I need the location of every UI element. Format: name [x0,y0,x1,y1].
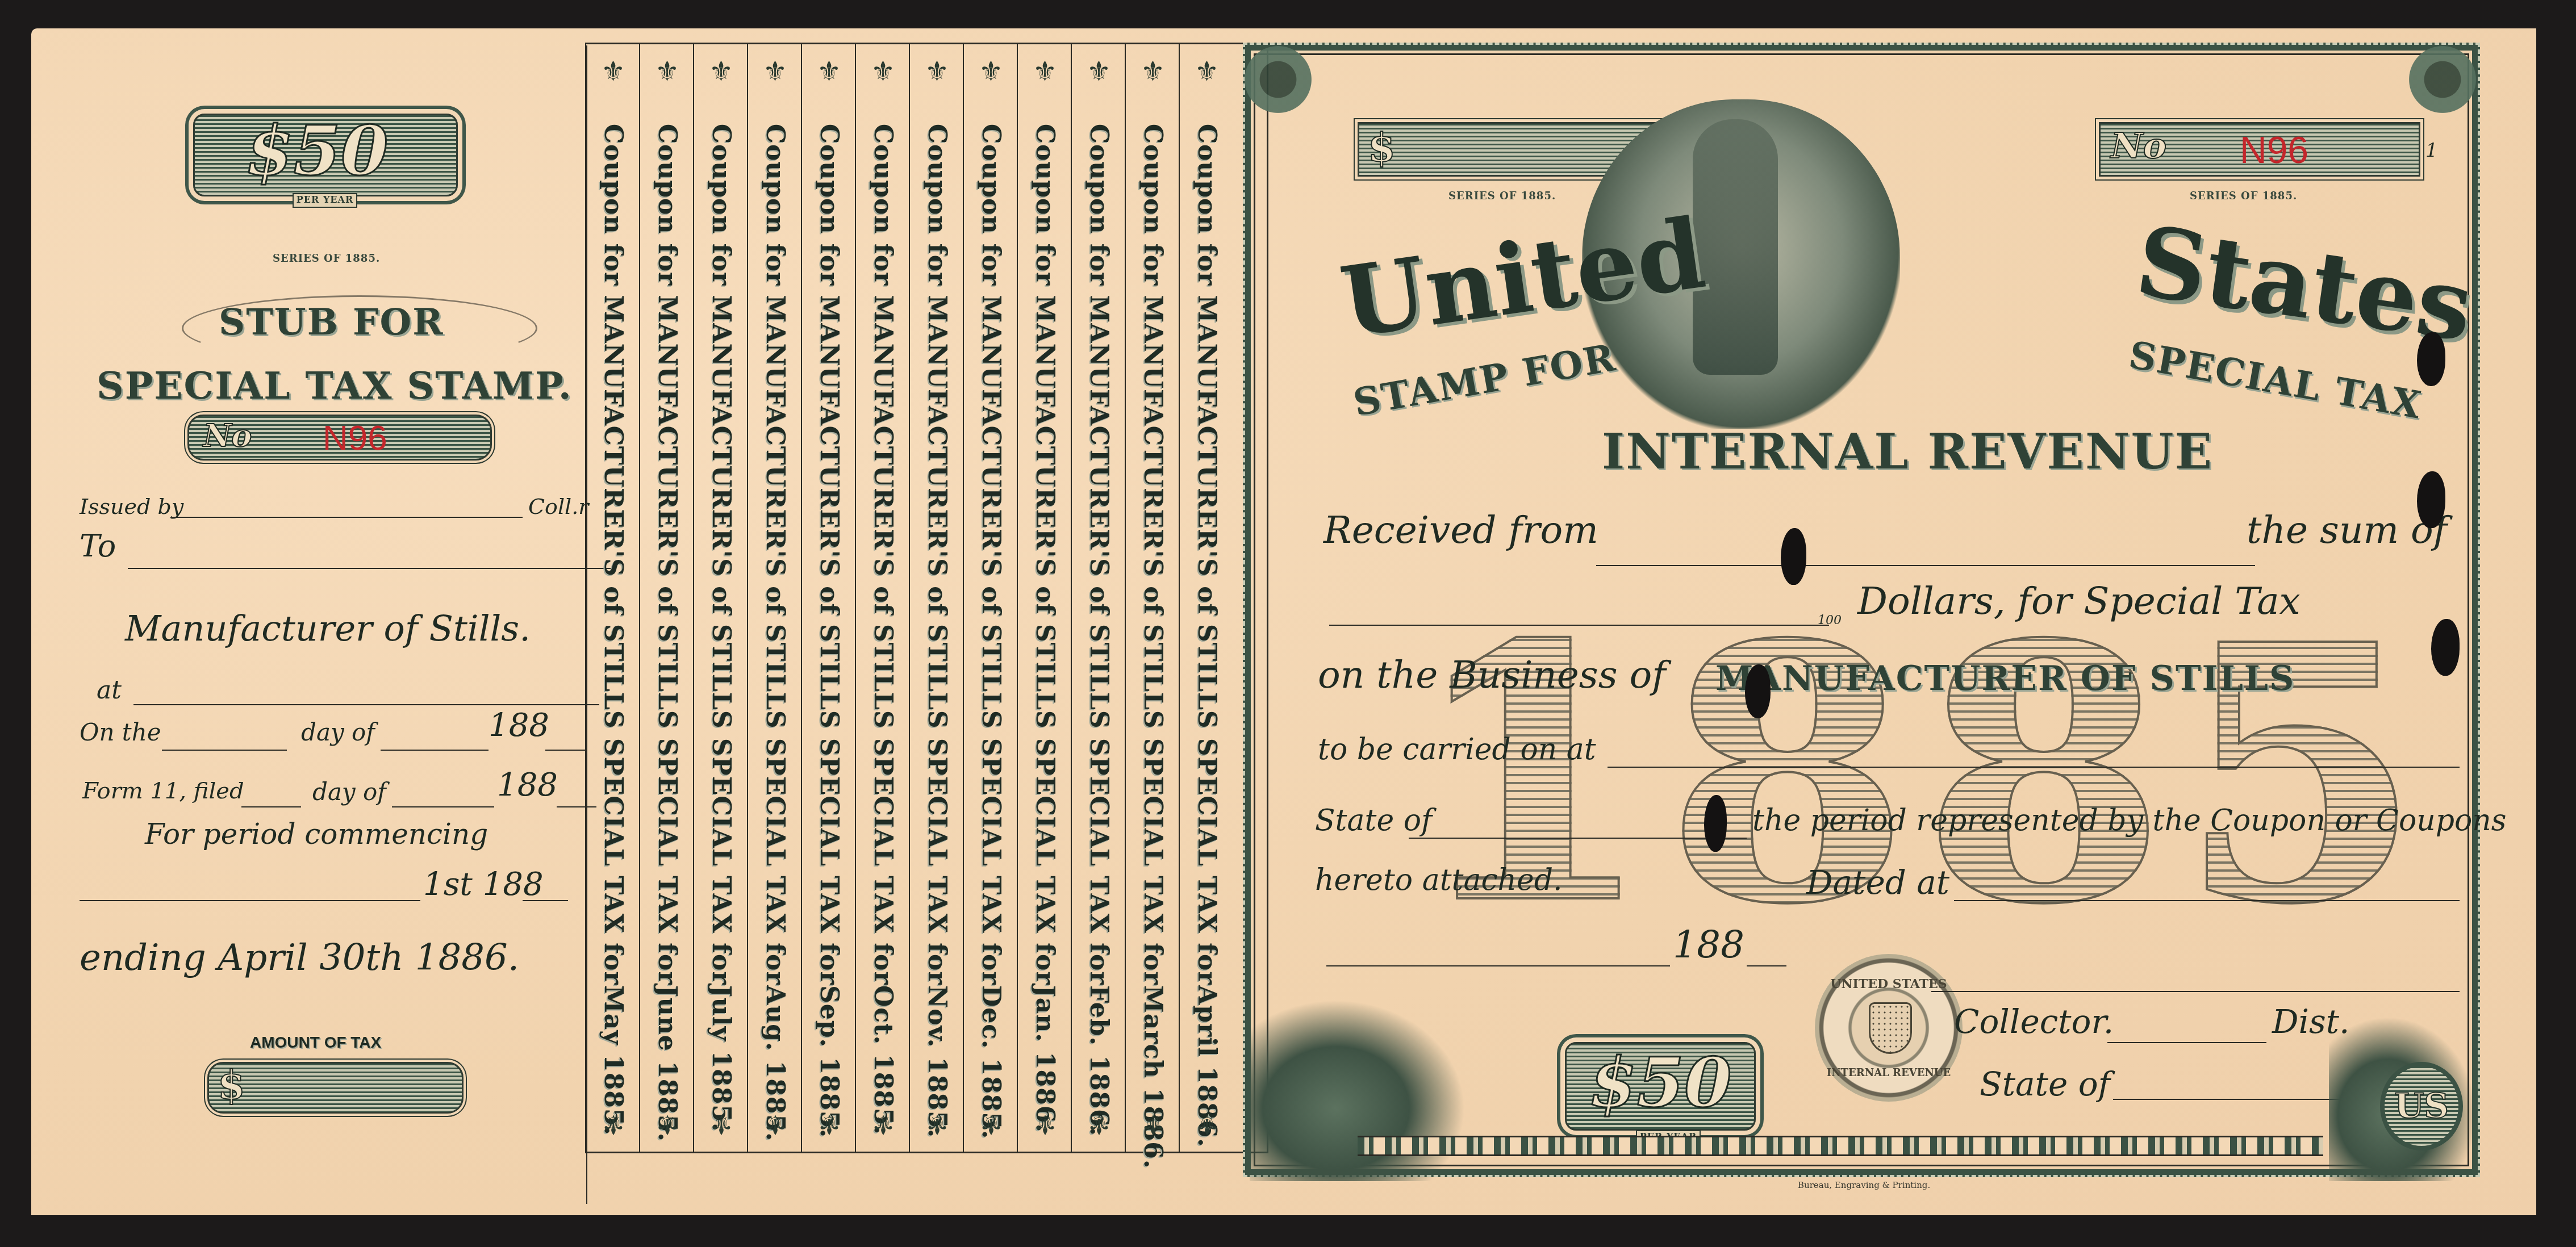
stub-denomination-ornament: $50 [193,114,458,196]
fleur-de-lis-icon: ⚜ [655,1108,679,1140]
coupon-month: Sep. [815,985,844,1048]
stamp-plate-number: 1 [2425,139,2438,162]
stamp-business-name: MANUFACTURER OF STILLS [1715,659,2295,698]
stamp-received-from-label: Received from [1324,508,1598,552]
stamp-dated-at-label: Dated at [1806,863,1949,902]
fleur-de-lis-icon: ⚜ [1087,1108,1111,1140]
coupon-month: Dec. [976,985,1005,1049]
stub-at-label: at [97,676,122,705]
cancellation-hole [2417,471,2445,528]
stub-at-field[interactable] [133,704,599,705]
coupon-prefix: Coupon for MANUFACTURER'S of STILLS SPEC… [1192,124,1221,985]
fleur-de-lis-icon: ⚜ [655,56,679,87]
stamp-signature-field[interactable] [1931,991,2460,992]
cancellation-hole [2417,332,2445,386]
stub-year-1: 188 [489,707,549,744]
fleur-de-lis-icon: ⚜ [1033,56,1057,87]
stamp-series-right: SERIES OF 1885. [2190,190,2297,202]
ornament-top-left [1235,37,1321,122]
coupon-prefix: Coupon for MANUFACTURER'S of STILLS SPEC… [707,124,736,985]
fleur-de-lis-icon: ⚜ [817,56,841,87]
fleur-de-lis-icon: ⚜ [925,1108,949,1140]
fleur-de-lis-icon: ⚜ [979,56,1003,87]
stamp-dated-at-field[interactable] [1954,900,2460,901]
fleur-de-lis-icon: ⚜ [1033,1108,1057,1140]
stub-amount-box: $ [207,1062,464,1114]
stub-period-start-field[interactable] [80,900,420,901]
cancellation-hole [1745,664,1771,718]
fleur-de-lis-icon: ⚜ [1195,56,1219,87]
stamp-carried-on-field[interactable] [1608,767,2460,768]
stub-series: SERIES OF 1885. [273,253,380,265]
stub-to-field[interactable] [128,568,611,569]
coupon-prefix: Coupon for MANUFACTURER'S of STILLS SPEC… [599,124,628,985]
coupon-prefix: Coupon for MANUFACTURER'S of STILLS SPEC… [653,124,682,985]
coupon-oct-1885[interactable]: ⚜ Coupon for MANUFACTURER'S of STILLS SP… [855,44,910,1152]
coupon-june-1885[interactable]: ⚜ Coupon for MANUFACTURER'S of STILLS SP… [639,44,694,1152]
stub-period-start: 1st 188 [423,866,544,903]
stub-number-label: No [203,417,252,454]
stub-number-box: No N96 [187,415,492,461]
fleur-de-lis-icon: ⚜ [763,1108,787,1140]
stub-period-end: ending April 30th 1886. [80,937,519,979]
stub-period-start-year-field[interactable] [523,900,568,901]
stamp-year-suffix-field[interactable] [1747,965,1786,966]
fleur-de-lis-icon: ⚜ [871,1108,895,1140]
coupon-prefix: Coupon for MANUFACTURER'S of STILLS SPEC… [976,124,1005,985]
stamp-state-of-field[interactable] [1409,838,1747,839]
stub-serial-number: N96 [323,418,387,458]
coupon-strip: ⚜ Coupon for MANUFACTURER'S of STILLS SP… [585,43,1268,1153]
cancellation-hole [1781,528,1806,585]
stub-form-filed-field[interactable] [241,806,301,807]
stub-coll-label: Coll.r [528,494,589,519]
stub-issued-by-label: Issued by [80,494,183,519]
coupon-nov-1885[interactable]: ⚜ Coupon for MANUFACTURER'S of STILLS SP… [909,44,964,1152]
stamp-number-box: No N96 [2099,122,2420,177]
fleur-de-lis-icon: ⚜ [871,56,895,87]
coupon-prefix: Coupon for MANUFACTURER'S of STILLS SPEC… [1138,124,1167,985]
coupon-prefix: Coupon for MANUFACTURER'S of STILLS SPEC… [922,124,951,985]
coupon-feb-1886[interactable]: ⚜ Coupon for MANUFACTURER'S of STILLS SP… [1071,44,1126,1152]
coupon-may-1885[interactable]: ⚜ Coupon for MANUFACTURER'S of STILLS SP… [585,44,640,1152]
stub-denomination: $50 [246,111,389,191]
stub-period-label: For period commencing [145,818,488,851]
stamp-collector-label: Collector. [1954,1002,2114,1041]
stamp-amount-symbol: $ [1368,124,1396,171]
coupon-march-1886[interactable]: ⚜ Coupon for MANUFACTURER'S of STILLS SP… [1125,44,1180,1152]
coupon-month: Feb. [1084,985,1113,1046]
treasury-seal-icon: UNITED STATES INTERNAL REVENUE [1815,954,1963,1102]
coupon-month: Aug. [761,985,790,1051]
stub-day-of-label: day of [301,718,375,746]
fleur-de-lis-icon: ⚜ [1195,1108,1219,1140]
coupon-month: June [653,985,682,1052]
seal-shield-icon [1869,1002,1912,1054]
stub-year-1-field[interactable] [545,750,585,751]
stamp-amount-dollars-field[interactable] [1329,625,1829,626]
coupon-prefix: Coupon for MANUFACTURER'S of STILLS SPEC… [1084,124,1113,985]
stamp-received-from-field[interactable] [1596,565,2255,566]
coupon-month: July [707,985,736,1041]
stamp-sum-of-label: the sum of [2247,508,2447,552]
fleur-de-lis-icon: ⚜ [1141,56,1165,87]
coupon-july-1885[interactable]: ⚜ Coupon for MANUFACTURER'S of STILLS SP… [693,44,748,1152]
vignette-seated-figure [1693,119,1778,375]
stub-title-flourish [182,295,537,361]
stub-to-label: To [80,528,116,564]
stub-day-of-label-2: day of [312,778,386,806]
stub-on-the-label: On the [80,718,161,746]
coupon-sep-1885[interactable]: ⚜ Coupon for MANUFACTURER'S of STILLS SP… [801,44,856,1152]
stamp-hereto-attached: hereto attached. [1315,863,1563,897]
coupon-month: April [1192,985,1221,1057]
coupon-month: Jan. [1030,985,1059,1043]
fleur-de-lis-icon: ⚜ [1141,1108,1165,1140]
stub-year-2: 188 [497,767,558,804]
stamp-carried-on-label: to be carried on at [1318,733,1596,767]
stub-title-line2: SPECIAL TAX STAMP. [97,363,573,408]
stamp-state-of-label: State of [1315,804,1432,838]
stamp-business-of-label: on the Business of [1318,653,1666,697]
stamp-denomination: $50 [1589,1043,1732,1123]
seal-top-text: UNITED STATES [1815,977,1963,991]
fleur-de-lis-icon: ⚜ [709,1108,733,1140]
fleur-de-lis-icon: ⚜ [709,56,733,87]
stamp-number-label: No [2111,125,2166,166]
coupon-month: May [599,985,628,1045]
cancellation-hole [2431,619,2460,676]
us-monogram-emblem: US [2380,1062,2463,1150]
stamp-series-left: SERIES OF 1885. [1448,190,1556,202]
stamp-bottom-ornamental-band [1358,1136,2323,1156]
stub-per-year: PER YEAR [293,193,357,208]
fleur-de-lis-icon: ⚜ [979,1108,1003,1140]
stamp-serial-number: N96 [2240,128,2308,171]
stamp-state-of-field-2[interactable] [2113,1099,2340,1100]
coupon-prefix: Coupon for MANUFACTURER'S of STILLS SPEC… [815,124,844,985]
fleur-de-lis-icon: ⚜ [1087,56,1111,87]
coupon-jan-1886[interactable]: ⚜ Coupon for MANUFACTURER'S of STILLS SP… [1017,44,1072,1152]
stub-issued-by-field[interactable] [170,517,523,518]
coupon-prefix: Coupon for MANUFACTURER'S of STILLS SPEC… [1030,124,1059,985]
stamp-dollars-for-label: Dollars, for Special Tax [1857,579,2301,623]
fleur-de-lis-icon: ⚜ [817,1108,841,1140]
fleur-de-lis-icon: ⚜ [763,56,787,87]
stub-form-filed-label: Form 11, filed [82,778,244,804]
ornament-top-right [2400,37,2485,122]
fleur-de-lis-icon: ⚜ [601,56,625,87]
stamp-state-of-label-2: State of [1980,1065,2110,1103]
stub-business: Manufacturer of Stills. [125,608,531,649]
stub-on-the-field[interactable] [162,750,287,751]
coupon-month: March [1138,985,1167,1078]
stamp-collector-field[interactable] [2107,1042,2266,1043]
stamp-denomination-ornament: $50 [1565,1042,1756,1131]
seal-bottom-text: INTERNAL REVENUE [1815,1067,1963,1079]
fleur-de-lis-icon: ⚜ [925,56,949,87]
coupon-dec-1885[interactable]: ⚜ Coupon for MANUFACTURER'S of STILLS SP… [963,44,1018,1152]
fleur-de-lis-icon: ⚜ [601,1108,625,1140]
stub-amount-symbol: $ [218,1061,245,1108]
cancellation-hole [1704,795,1727,852]
stamp-date-field[interactable] [1326,965,1670,966]
stub-day-of-field[interactable] [381,750,489,751]
printer-imprint: Bureau, Engraving & Printing. [1798,1180,1930,1190]
coupon-april-1886[interactable]: ⚜ Coupon for MANUFACTURER'S of STILLS SP… [1179,44,1234,1152]
stamp-period-text: the period represented by the Coupon or … [1752,804,2506,838]
coupon-prefix: Coupon for MANUFACTURER'S of STILLS SPEC… [869,124,897,985]
stamp-internal-revenue-banner: INTERNAL REVENUE [1602,423,2213,480]
stub-amount-label: AMOUNT OF TAX [250,1033,381,1052]
stamp-year-prefix: 188 [1673,923,1744,966]
coupon-aug-1885[interactable]: ⚜ Coupon for MANUFACTURER'S of STILLS SP… [747,44,802,1152]
stamp-cents: 100 [1818,613,1842,627]
coupon-prefix: Coupon for MANUFACTURER'S of STILLS SPEC… [761,124,790,985]
coupon-month: Oct. [869,985,897,1045]
coupon-month: Nov. [922,985,951,1048]
stub-day-of-field-2[interactable] [392,806,494,807]
